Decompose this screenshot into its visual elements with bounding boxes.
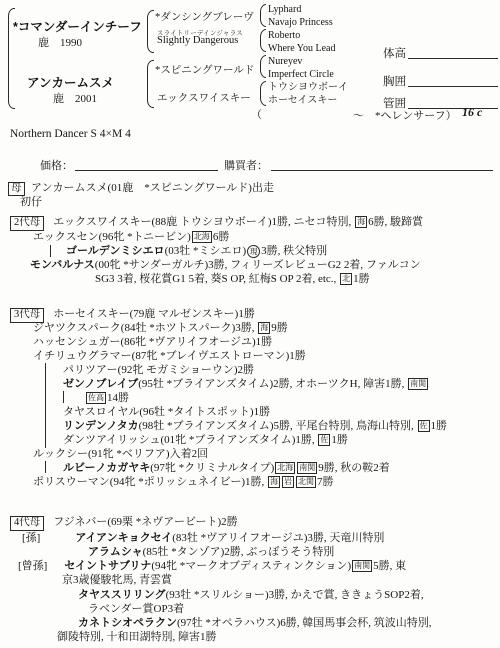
pedigree-line: 3代母ホーセイスキー(79鹿 マルゼンスキー)1勝 xyxy=(10,308,255,323)
pedigree-line: [曾孫]セイントサブリナ(94牝 *マークオブディスティンクション)南関5勝, … xyxy=(18,560,406,573)
line-text: (83牡 *ヴアリイフオージユ)3勝, 天竜川特別 xyxy=(172,532,384,544)
pedigree-line: パリツアー(92牝 モガミショーウン)2勝 xyxy=(63,364,254,377)
section-label: 4代母 xyxy=(10,516,44,531)
ggparent-name: ホーセイスキー xyxy=(268,94,337,107)
region-badge: 佐 xyxy=(318,434,330,446)
status-badge: 現 xyxy=(247,245,260,258)
pedigree-line: イチリュウグラマー(87牝 *ブレイヴエストローマン)1勝 xyxy=(33,350,306,363)
catalog-page: { "chart": { "sire": {"name": "*コマンダーインチ… xyxy=(0,0,500,648)
granddam-name: Slightly Dangerous xyxy=(157,35,238,46)
girth-label: 胸囲 xyxy=(383,73,406,89)
line-text: パリツアー(92牝 モガミショーウン)2勝 xyxy=(63,364,254,376)
line-text: (00牝 *サンダーガルチ)3勝, フィリーズレビューG2 2着, ファルコン xyxy=(95,259,421,271)
line-text: (85牡 *タンゾア)2勝, ぶっぽうそう特別 xyxy=(143,546,335,558)
pedigree-line: ポリスウーマン(94牝 *ポリッシュネイビー)1勝, 海岩北関7勝 xyxy=(33,476,334,489)
line-text: (98牡 *ブライアンズタイム)5勝, 平尾台特別, 鳥海山特別, xyxy=(139,420,417,432)
region-badge: 北関 xyxy=(296,476,316,488)
line-text: イチリュウグラマー(87牝 *ブレイヴエストローマン)1勝 xyxy=(33,350,306,362)
line-text: (03牡 *ミシエロ) xyxy=(165,245,247,257)
horse-name: セイントサブリナ xyxy=(64,560,151,572)
granddam-name: エックスワイスキー xyxy=(157,90,251,105)
grandsire-name: *ダンシングブレーヴ xyxy=(155,9,254,24)
ggparent-name: Roberto xyxy=(268,29,300,42)
pedigree-line: エックスセン(96牝 *トニービン)北海6勝 xyxy=(33,231,229,244)
line-text: SG3 3着, 桜花賞G1 5着, 葵S OP, 紅梅S OP 2着, etc.… xyxy=(95,273,339,285)
family-tail: ～ *ヘレンサーフ） xyxy=(353,107,457,123)
gg-bracket xyxy=(260,29,266,52)
line-text: ポリスウーマン(94牝 *ポリッシュネイビー)1勝, xyxy=(33,476,267,488)
ggparent-name: Imperfect Circle xyxy=(268,68,334,81)
region-badge: 北海 xyxy=(192,231,212,243)
line-text: ジヤツクスパーク(84牡 *ホツトスパーク)3勝, xyxy=(33,322,257,334)
height-label: 体高 xyxy=(383,45,406,61)
girth-blank-line xyxy=(408,85,498,87)
line-text: ハッセンシュガー(86牝 *ヴアリイフオージユ)1勝 xyxy=(33,336,272,348)
pedigree-line: リンデンノタカ(98牡 *ブライアンズタイム)5勝, 平尾台特別, 鳥海山特別,… xyxy=(63,420,447,433)
pedigree-line: [孫]アイアンキョクセイ(83牡 *ヴアリイフオージユ)3勝, 天竜川特別 xyxy=(22,532,384,545)
line-text: 9勝 xyxy=(271,322,288,334)
tree-connector-line xyxy=(45,363,46,448)
horse-name: リンデンノタカ xyxy=(63,420,139,432)
pedigree-line: アラムシャ(85牡 *タンゾア)2勝, ぶっぽうそう特別 xyxy=(88,546,334,559)
pedigree-line: タヤスロイヤル(96牡 *タイトスポット)1勝 xyxy=(63,406,270,419)
sire-detail: 鹿 1990 xyxy=(38,34,82,50)
ggparent-name: Navajo Princess xyxy=(268,16,333,29)
section-label: 3代母 xyxy=(10,308,44,323)
dam-detail: 鹿 2001 xyxy=(53,90,97,106)
line-text: エックスワイスキー(88鹿 トウシヨウボーイ)1勝, ニセコ特別, xyxy=(53,216,354,228)
line-text: [曾孫] xyxy=(18,560,47,572)
region-badge: 南関 xyxy=(408,378,428,390)
first-foal-note: 初仔 xyxy=(20,193,42,209)
sire-parents-bracket xyxy=(147,10,154,53)
line-text: 6勝 xyxy=(213,231,230,243)
pedigree-line: 京3歳優駿牝馬, 青雲賞 xyxy=(62,574,172,587)
line-text: (97牡 *オペラハウス)6勝, 韓国馬事会杯, 筑波山特別, xyxy=(177,617,432,629)
line-text: 1勝 xyxy=(331,434,348,446)
pedigree-line: ルビーノカガヤキ(97牝 *クリミナルタイプ)北海南関9勝, 秋の鞍2着 xyxy=(63,462,390,475)
pedigree-line: 御陵特別, 十和田湖特別, 障害1勝 xyxy=(57,631,217,644)
region-badge: 岩 xyxy=(282,476,294,488)
gg-bracket xyxy=(260,4,266,27)
line-text: エックスセン(96牝 *トニービン) xyxy=(33,231,191,243)
line-text: ホーセイスキー(79鹿 マルゼンスキー)1勝 xyxy=(53,308,255,320)
line-text: 京3歳優駿牝馬, 青雲賞 xyxy=(62,574,172,586)
tree-connector-line xyxy=(63,391,64,403)
pedigree-line: モンバルナス(00牝 *サンダーガルチ)3勝, フィリーズレビューG2 2着, … xyxy=(30,259,421,272)
region-badge: 佐高 xyxy=(86,392,106,404)
horse-name: ルビーノカガヤキ xyxy=(63,462,150,474)
pedigree-line: タヤススリリング(93牡 *スリルショー)3勝, かえで賞, ききょうSOP2着… xyxy=(78,589,424,602)
pedigree-line: ゼンノブレイブ(95牡 *ブライアンズタイム)2勝, オホーツクH, 障害1勝,… xyxy=(63,378,429,391)
ggparent-name: Where You Lead xyxy=(268,42,335,55)
family-open-paren: （ xyxy=(251,106,262,122)
line-text: 9勝, 秋の鞍2着 xyxy=(318,462,390,474)
line-text: 1勝 xyxy=(431,420,448,432)
line-text: 1勝 xyxy=(353,273,370,285)
horse-name: モンバルナス xyxy=(30,259,95,271)
gg-bracket xyxy=(260,55,266,78)
line-text: 14勝 xyxy=(107,392,129,404)
grandsire-name: *スピニングワールド xyxy=(155,62,254,77)
ggparent-name: Lyphard xyxy=(268,3,301,16)
pedigree-line: ルックシー(91牝 *ベリフア)入着2回 xyxy=(33,448,208,461)
line-text: (94牝 *マークオブディスティンクション) xyxy=(151,560,351,572)
region-badge: 海 xyxy=(258,322,270,334)
buyer-label: 購買者： xyxy=(224,157,268,173)
line-text: フジネバー(69栗 *ネヴアービート)2勝 xyxy=(53,516,237,528)
dam-race-record: アンカームスメ(01鹿 *スピニングワールド)出走 xyxy=(31,179,274,195)
dam-parents-bracket xyxy=(147,60,154,108)
line-text: (95牡 *ブライアンズタイム)2勝, オホーツクH, 障害1勝, xyxy=(138,378,407,390)
line-text: ラベンダー賞OP3着 xyxy=(88,603,184,615)
pedigree-line: ジヤツクスパーク(84牡 *ホツトスパーク)3勝, 海9勝 xyxy=(33,322,288,335)
line-text: [孫] xyxy=(22,532,40,544)
inbreeding-note: Northern Dancer S 4×M 4 xyxy=(10,128,131,140)
pedigree-line: ダンツアイリッシュ(01牝 *ブライアンズタイム)1勝, 佐1勝 xyxy=(63,434,348,447)
gg-bracket xyxy=(260,81,266,106)
region-badge: 海 xyxy=(268,476,280,488)
height-blank-line xyxy=(408,57,498,59)
buyer-blank-line xyxy=(271,169,493,171)
region-badge: 南関 xyxy=(352,560,372,572)
region-badge: 北 xyxy=(340,273,352,285)
dam-name: アンカームスメ xyxy=(27,73,114,91)
line-text: 7勝 xyxy=(317,476,334,488)
price-blank-line xyxy=(75,169,218,171)
line-text: 6勝, 駿蹄賞 xyxy=(368,216,423,228)
pedigree-line: ゴールデンミシエロ(03牡 *ミシエロ)現3勝, 秩父特別 xyxy=(66,245,327,258)
region-badge: 北海 xyxy=(275,462,295,474)
line-text: タヤスロイヤル(96牡 *タイトスポット)1勝 xyxy=(63,406,270,418)
pedigree-line: ラベンダー賞OP3着 xyxy=(88,603,184,616)
horse-name: アイアンキョクセイ xyxy=(75,532,172,544)
horse-name: ゴールデンミシエロ xyxy=(66,245,165,257)
region-badge: 佐 xyxy=(418,420,430,432)
ggparent-name: Nureyev xyxy=(268,55,302,68)
line-text: ダンツアイリッシュ(01牝 *ブライアンズタイム)1勝, xyxy=(63,434,317,446)
line-text: 5勝, 東 xyxy=(373,560,406,572)
pedigree-line: 佐高14勝 xyxy=(85,392,129,405)
tree-connector-line xyxy=(45,461,46,473)
family-number: 16 c xyxy=(462,105,482,120)
pedigree-line: SG3 3着, 桜花賞G1 5着, 葵S OP, 紅梅S OP 2着, etc.… xyxy=(95,273,370,286)
horse-name: カネトシオペラクン xyxy=(78,617,177,629)
price-label: 価格： xyxy=(40,157,73,173)
sire-name: *コマンダーインチーフ xyxy=(13,17,142,35)
horse-name: ゼンノブレイブ xyxy=(63,378,138,390)
ggparent-name: トウシヨウボーイ xyxy=(268,81,348,94)
pedigree-line: ハッセンシュガー(86牝 *ヴアリイフオージユ)1勝 xyxy=(33,336,272,349)
line-text: (97牝 *クリミナルタイプ) xyxy=(150,462,274,474)
line-text: 3勝, 秩父特別 xyxy=(261,245,327,257)
pedigree-line: 2代母エックスワイスキー(88鹿 トウシヨウボーイ)1勝, ニセコ特別, 海6勝… xyxy=(10,216,423,231)
section-label: 2代母 xyxy=(10,216,44,231)
horse-name: タヤススリリング xyxy=(78,589,166,601)
line-text: (93牡 *スリルショー)3勝, かえで賞, ききょうSOP2着, xyxy=(166,589,424,601)
horse-name: アラムシャ xyxy=(88,546,143,558)
region-badge: 海 xyxy=(355,216,367,228)
line-text: 御陵特別, 十和田湖特別, 障害1勝 xyxy=(57,631,217,643)
region-badge: 南関 xyxy=(297,462,317,474)
line-text: ルックシー(91牝 *ベリフア)入着2回 xyxy=(33,448,208,460)
tree-connector-line xyxy=(50,245,51,257)
pedigree-line: 4代母フジネバー(69栗 *ネヴアービート)2勝 xyxy=(10,516,238,531)
pedigree-line: カネトシオペラクン(97牡 *オペラハウス)6勝, 韓国馬事会杯, 筑波山特別, xyxy=(78,617,432,630)
